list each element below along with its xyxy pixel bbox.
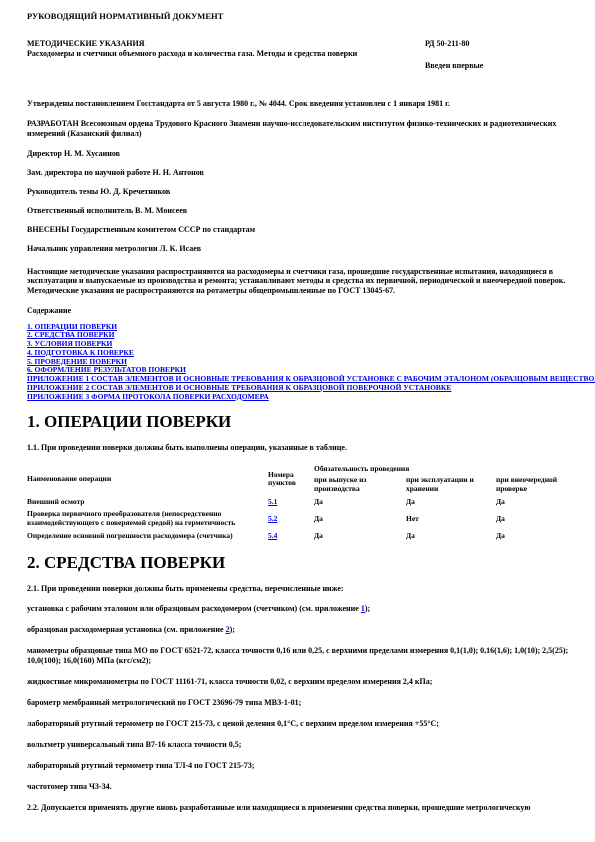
column-header-obligation-group: Обязательность проведения [314,463,569,474]
means-item: образцовая расходомерная установка (см. … [27,625,569,635]
operation-cell: Внешний осмотр [27,496,268,509]
verification-operations-table: Наименование операции Номера пунктов Обя… [27,463,569,543]
clause-link-5-2[interactable]: 5.2 [268,514,277,523]
column-header-at-operation-storage: при эксплуатации и хранении [406,474,496,496]
developed-paragraph: РАЗРАБОТАН Всесоюзным ордена Трудового К… [27,119,569,138]
scope-paragraph: Настоящие методические указания распрост… [27,267,569,296]
section-1-intro: 1.1. При проведении поверки должны быть … [27,443,569,453]
value-cell: Да [314,508,406,530]
value-cell: Да [496,496,569,509]
means-item-text: ); [230,625,235,634]
value-cell: Да [406,496,496,509]
credit-submitted-by: ВНЕСЕНЫ Государственным комитетом СССР п… [27,225,569,235]
column-header-clause-numbers: Номера пунктов [268,463,314,495]
contents-label: Содержание [27,306,569,316]
credit-responsible-executor: Ответственный исполнитель В. М. Моисеев [27,206,569,216]
table-row: Определение основной погрешности расходо… [27,530,569,543]
verification-means-list: установка с рабочим эталоном или образцо… [27,604,569,791]
means-item-text: установка с рабочим эталоном или образцо… [27,604,361,613]
table-row: Внешний осмотр 5.1 Да Да Да [27,496,569,509]
credits-list: Директор Н. М. Хусаинов Зам. директора п… [27,149,569,254]
credit-deputy-director: Зам. директора по научной работе Н. Н. А… [27,168,569,178]
clause-link-5-1[interactable]: 5.1 [268,497,277,506]
means-item: барометр мембранный метрологический по Г… [27,698,569,708]
means-item: вольтметр универсальный типа В7-16 класс… [27,740,569,750]
column-header-at-extraordinary: при внеочередной проверке [496,474,569,496]
credit-metrology-head: Начальник управления метрологии Л. К. Ис… [27,244,569,254]
section-1-heading: 1. ОПЕРАЦИИ ПОВЕРКИ [27,412,569,431]
value-cell: Нет [406,508,496,530]
page-title: Расходомеры и счетчики объемного расхода… [27,49,399,59]
column-header-operation: Наименование операции [27,463,268,495]
introduced-note: Введен впервые [425,61,569,71]
value-cell: Да [496,530,569,543]
column-header-at-production: при выпуске из производства [314,474,406,496]
title-left: МЕТОДИЧЕСКИЕ УКАЗАНИЯ Расходомеры и счет… [27,39,399,82]
clause-link-5-4[interactable]: 5.4 [268,531,277,540]
means-item-text: образцовая расходомерная установка (см. … [27,625,226,634]
title-block: МЕТОДИЧЕСКИЕ УКАЗАНИЯ Расходомеры и счет… [27,39,569,82]
approval-paragraph: Утверждены постановлением Госстандарта о… [27,99,569,109]
section-2-heading: 2. СРЕДСТВА ПОВЕРКИ [27,553,569,572]
means-item-text: ); [365,604,370,613]
table-of-contents: 1. ОПЕРАЦИИ ПОВЕРКИ 2. СРЕДСТВА ПОВЕРКИ … [27,323,569,402]
section-2-intro: 2.1. При проведении поверки должны быть … [27,584,569,594]
title-right: РД 50-211-80 Введен впервые [425,39,569,82]
means-item: жидкостные микроманометры по ГОСТ 11161-… [27,677,569,687]
document-page: { "header": { "doc_type": "РУКОВОДЯЩИЙ Н… [0,0,595,842]
means-item: установка с рабочим эталоном или образцо… [27,604,569,614]
table-header-row-1: Наименование операции Номера пунктов Обя… [27,463,569,474]
means-item: манометры образцовые типа МО по ГОСТ 652… [27,646,569,665]
means-item: лабораторный ртутный термометр по ГОСТ 2… [27,719,569,729]
operation-cell: Определение основной погрешности расходо… [27,530,268,543]
toc-link-appendix-3[interactable]: ПРИЛОЖЕНИЕ 3 ФОРМА ПРОТОКОЛА ПОВЕРКИ РАС… [27,393,569,402]
value-cell: Да [496,508,569,530]
value-cell: Да [314,530,406,543]
table-row: Проверка первичного преобразователя (неп… [27,508,569,530]
credit-director: Директор Н. М. Хусаинов [27,149,569,159]
means-item: лабораторный ртутный термометр типа ТЛ-4… [27,761,569,771]
doc-number: РД 50-211-80 [425,39,569,49]
paragraph-2-2: 2.2. Допускается применять другие вновь … [27,803,569,813]
credit-topic-lead: Руководитель темы Ю. Д. Кречетников [27,187,569,197]
operation-cell: Проверка первичного преобразователя (неп… [27,508,268,530]
value-cell: Да [314,496,406,509]
means-item: частотомер типа Ч3-34. [27,782,569,792]
value-cell: Да [406,530,496,543]
doc-type-heading: РУКОВОДЯЩИЙ НОРМАТИВНЫЙ ДОКУМЕНТ [27,12,569,22]
title-label: МЕТОДИЧЕСКИЕ УКАЗАНИЯ [27,39,399,49]
